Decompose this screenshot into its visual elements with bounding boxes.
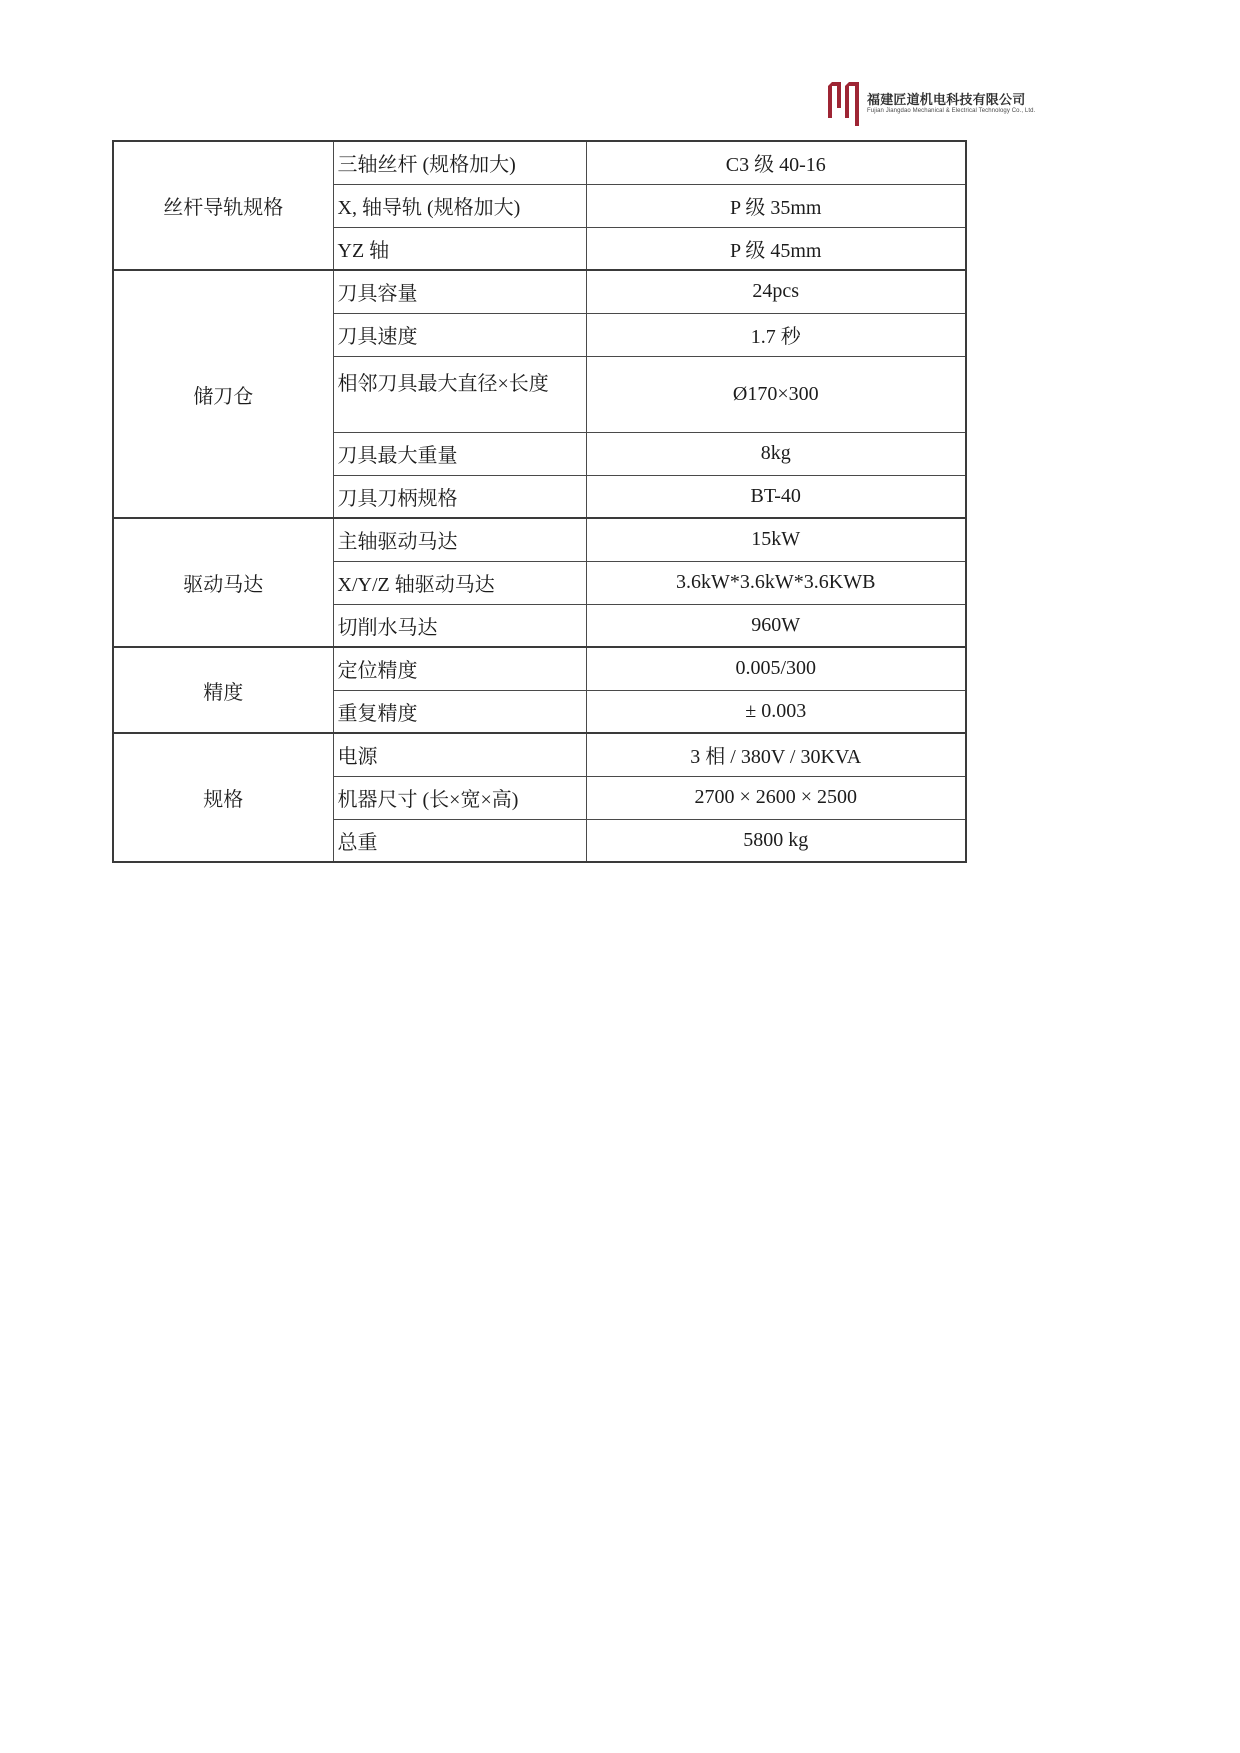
spec-label-cell: 定位精度	[333, 647, 586, 690]
spec-label-cell: X, 轴导轨 (规格加大)	[333, 184, 586, 227]
spec-value-cell: 960W	[586, 604, 966, 647]
company-logo: 福建匠道机电科技有限公司 Fujian Jiangdao Mechanical …	[826, 78, 1035, 130]
company-name-en: Fujian Jiangdao Mechanical & Electrical …	[867, 107, 1035, 115]
spec-table: 丝杆导轨规格三轴丝杆 (规格加大)C3 级 40-16X, 轴导轨 (规格加大)…	[112, 140, 967, 863]
spec-value-cell: BT-40	[586, 475, 966, 518]
spec-value-cell: 1.7 秒	[586, 313, 966, 356]
spec-value-cell: Ø170×300	[586, 356, 966, 432]
category-cell: 丝杆导轨规格	[113, 141, 333, 270]
spec-value-cell: 2700 × 2600 × 2500	[586, 776, 966, 819]
table-row: 精度定位精度0.005/300	[113, 647, 966, 690]
spec-label-cell: 相邻刀具最大直径×长度	[333, 356, 586, 432]
spec-label-cell: 主轴驱动马达	[333, 518, 586, 561]
table-row: 丝杆导轨规格三轴丝杆 (规格加大)C3 级 40-16	[113, 141, 966, 184]
spec-value-cell: C3 级 40-16	[586, 141, 966, 184]
category-cell: 驱动马达	[113, 518, 333, 647]
spec-value-cell: 5800 kg	[586, 819, 966, 862]
spec-value-cell: 8kg	[586, 432, 966, 475]
spec-value-cell: ± 0.003	[586, 690, 966, 733]
table-row: 驱动马达主轴驱动马达15kW	[113, 518, 966, 561]
table-row: 规格电源3 相 / 380V / 30KVA	[113, 733, 966, 776]
table-row: 储刀仓刀具容量24pcs	[113, 270, 966, 313]
spec-label-cell: 切削水马达	[333, 604, 586, 647]
spec-table-body: 丝杆导轨规格三轴丝杆 (规格加大)C3 级 40-16X, 轴导轨 (规格加大)…	[113, 141, 966, 862]
category-cell: 精度	[113, 647, 333, 733]
category-cell: 规格	[113, 733, 333, 862]
spec-label-cell: 总重	[333, 819, 586, 862]
category-cell: 储刀仓	[113, 270, 333, 518]
spec-label-cell: 刀具容量	[333, 270, 586, 313]
spec-value-cell: 24pcs	[586, 270, 966, 313]
spec-label-cell: 机器尺寸 (长×宽×高)	[333, 776, 586, 819]
spec-label-cell: 电源	[333, 733, 586, 776]
spec-value-cell: 3.6kW*3.6kW*3.6KWB	[586, 561, 966, 604]
spec-value-cell: 15kW	[586, 518, 966, 561]
spec-value-cell: P 级 45mm	[586, 227, 966, 270]
spec-value-cell: 0.005/300	[586, 647, 966, 690]
spec-label-cell: X/Y/Z 轴驱动马达	[333, 561, 586, 604]
company-logo-text: 福建匠道机电科技有限公司 Fujian Jiangdao Mechanical …	[867, 78, 1035, 115]
spec-value-cell: 3 相 / 380V / 30KVA	[586, 733, 966, 776]
company-logo-icon	[826, 78, 862, 130]
spec-label-cell: 三轴丝杆 (规格加大)	[333, 141, 586, 184]
spec-label-cell: YZ 轴	[333, 227, 586, 270]
spec-label-cell: 重复精度	[333, 690, 586, 733]
spec-label-cell: 刀具速度	[333, 313, 586, 356]
spec-label-cell: 刀具最大重量	[333, 432, 586, 475]
spec-value-cell: P 级 35mm	[586, 184, 966, 227]
spec-label-cell: 刀具刀柄规格	[333, 475, 586, 518]
company-name-zh: 福建匠道机电科技有限公司	[867, 92, 1035, 107]
